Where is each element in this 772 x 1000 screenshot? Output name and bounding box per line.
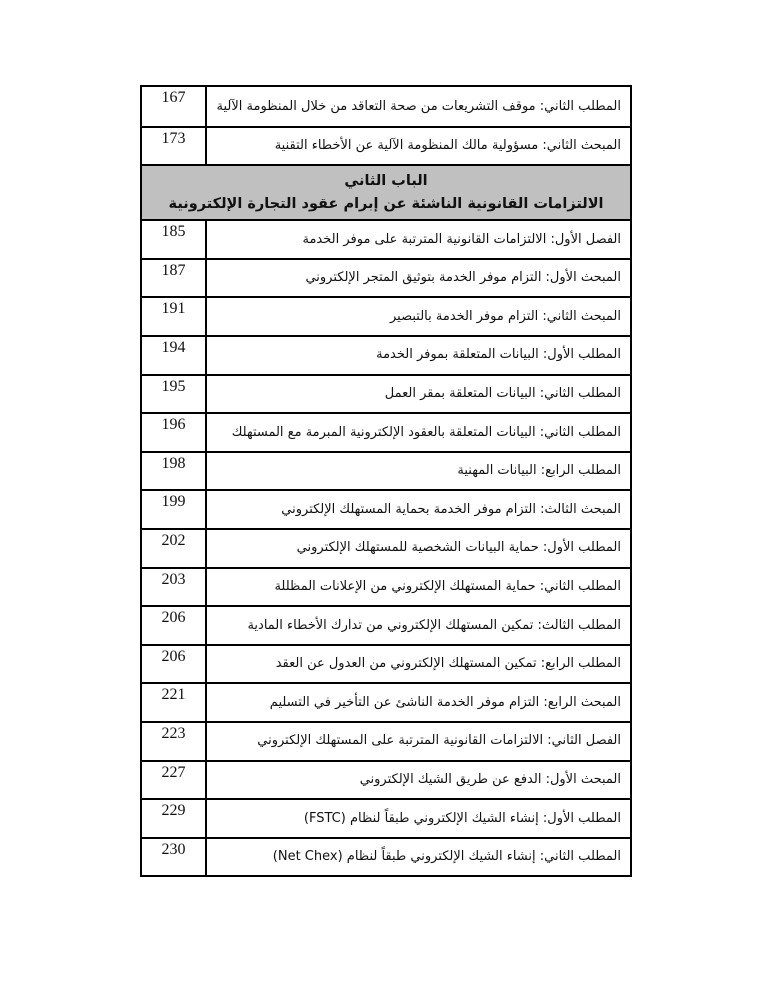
toc-entry-title: المطلب الأول: حماية البيانات الشخصية للم… — [207, 530, 630, 567]
toc-row: 206المطلب الثالث: تمكين المستهلك الإلكتر… — [142, 605, 630, 644]
toc-row: 221المبحث الرابع: التزام موفر الخدمة الن… — [142, 682, 630, 721]
toc-row: 223الفصل الثاني: الالتزامات القانونية ال… — [142, 721, 630, 760]
page-number-cell: 194 — [142, 337, 207, 374]
toc-row: 227المبحث الأول: الدفع عن طريق الشيك الإ… — [142, 760, 630, 799]
toc-entry-title: المطلب الرابع: البيانات المهنية — [207, 453, 630, 490]
page-number-cell: 199 — [142, 491, 207, 528]
toc-entry-title: المطلب الرابع: تمكين المستهلك الإلكتروني… — [207, 646, 630, 683]
toc-entry-title: المبحث الرابع: التزام موفر الخدمة الناشئ… — [207, 684, 630, 721]
page-number-cell: 227 — [142, 762, 207, 799]
page-number-cell: 203 — [142, 569, 207, 606]
toc-entry-title: المبحث الثاني: التزام موفر الخدمة بالتبص… — [207, 298, 630, 335]
toc-entry-title: المطلب الثاني: حماية المستهلك الإلكتروني… — [207, 569, 630, 606]
toc-entry-title: المطلب الأول: إنشاء الشيك الإلكتروني طبق… — [207, 800, 630, 837]
section-header-line2: الالتزامات القانونية الناشئة عن إبرام عق… — [169, 193, 604, 216]
toc-entry-title: المطلب الثاني: البيانات المتعلقة بمقر ال… — [207, 376, 630, 413]
toc-entry-title: المبحث الأول: الدفع عن طريق الشيك الإلكت… — [207, 762, 630, 799]
page-number-cell: 191 — [142, 298, 207, 335]
page-number-cell: 229 — [142, 800, 207, 837]
page-number-cell: 173 — [142, 128, 207, 165]
page-number-cell: 198 — [142, 453, 207, 490]
document-page: 167المطلب الثاني: موقف التشريعات من صحة … — [0, 0, 772, 1000]
toc-row: 195المطلب الثاني: البيانات المتعلقة بمقر… — [142, 374, 630, 413]
page-number-cell: 202 — [142, 530, 207, 567]
toc-entry-title: الفصل الأول: الالتزامات القانونية المترت… — [207, 221, 630, 258]
section-header-line1: الباب الثاني — [344, 170, 427, 193]
page-number-cell: 167 — [142, 87, 207, 126]
page-number-cell: 223 — [142, 723, 207, 760]
toc-entry-title: الفصل الثاني: الالتزامات القانونية المتر… — [207, 723, 630, 760]
toc-row: 229المطلب الأول: إنشاء الشيك الإلكتروني … — [142, 798, 630, 837]
section-header-row: الباب الثانيالالتزامات القانونية الناشئة… — [142, 164, 630, 219]
toc-entry-title: المبحث الثاني: مسؤولية مالك المنظومة الآ… — [207, 128, 630, 165]
toc-entry-title: المطلب الثاني: البيانات المتعلقة بالعقود… — [207, 414, 630, 451]
toc-entry-title: المطلب الثاني: إنشاء الشيك الإلكتروني طب… — [207, 839, 630, 876]
toc-row: 206المطلب الرابع: تمكين المستهلك الإلكتر… — [142, 644, 630, 683]
page-number-cell: 196 — [142, 414, 207, 451]
toc-row: 199المبحث الثالث: التزام موفر الخدمة بحم… — [142, 489, 630, 528]
page-number-cell: 206 — [142, 646, 207, 683]
page-number-cell: 185 — [142, 221, 207, 258]
toc-row: 194المطلب الأول: البيانات المتعلقة بموفر… — [142, 335, 630, 374]
toc-row: 167المطلب الثاني: موقف التشريعات من صحة … — [142, 87, 630, 126]
toc-row: 185الفصل الأول: الالتزامات القانونية الم… — [142, 219, 630, 258]
toc-entry-title: المطلب الأول: البيانات المتعلقة بموفر ال… — [207, 337, 630, 374]
page-number-cell: 230 — [142, 839, 207, 876]
page-number-cell: 187 — [142, 260, 207, 297]
toc-entry-title: المطلب الثاني: موقف التشريعات من صحة الت… — [207, 87, 630, 126]
toc-entry-title: المطلب الثالث: تمكين المستهلك الإلكتروني… — [207, 607, 630, 644]
toc-row: 230المطلب الثاني: إنشاء الشيك الإلكتروني… — [142, 837, 630, 876]
toc-row: 191المبحث الثاني: التزام موفر الخدمة بال… — [142, 296, 630, 335]
toc-table: 167المطلب الثاني: موقف التشريعات من صحة … — [140, 85, 632, 877]
toc-row: 173المبحث الثاني: مسؤولية مالك المنظومة … — [142, 126, 630, 165]
page-number-cell: 206 — [142, 607, 207, 644]
toc-row: 187المبحث الأول: التزام موفر الخدمة بتوث… — [142, 258, 630, 297]
toc-row: 198المطلب الرابع: البيانات المهنية — [142, 451, 630, 490]
page-number-cell: 195 — [142, 376, 207, 413]
toc-entry-title: المبحث الثالث: التزام موفر الخدمة بحماية… — [207, 491, 630, 528]
toc-row: 196المطلب الثاني: البيانات المتعلقة بالع… — [142, 412, 630, 451]
page-number-cell: 221 — [142, 684, 207, 721]
toc-row: 202المطلب الأول: حماية البيانات الشخصية … — [142, 528, 630, 567]
toc-row: 203المطلب الثاني: حماية المستهلك الإلكتر… — [142, 567, 630, 606]
toc-entry-title: المبحث الأول: التزام موفر الخدمة بتوثيق … — [207, 260, 630, 297]
